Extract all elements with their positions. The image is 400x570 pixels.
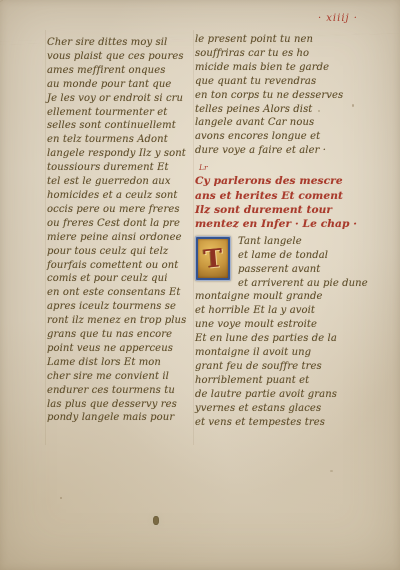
text-line: yvernes et estans glaces — [195, 402, 363, 416]
text-line: au monde pour tant que — [47, 78, 192, 92]
text-line: micide mais bien te garde — [195, 61, 363, 75]
illuminated-initial-letter: T — [203, 245, 224, 272]
text-line: ront ilz menez en trop plus — [47, 314, 192, 328]
text-line: grant feu de souffre tres — [195, 360, 363, 374]
parchment-stain — [60, 497, 62, 499]
text-line: ames meffirent onques — [47, 64, 192, 78]
parchment-stain — [352, 104, 354, 107]
text-line: Cher sire dittes moy sil — [47, 36, 192, 50]
text-line: que quant tu revendras — [195, 75, 363, 89]
rubric-line: ans et herites Et coment — [195, 189, 363, 203]
text-line: tel est le guerredon aux — [47, 175, 192, 189]
text-line: miere peine ainsi ordonee — [47, 231, 192, 245]
text-line: en telz tourmens Adont — [47, 133, 192, 147]
chapter-opening-paragraph: T Tant langele et lame de tondal passere… — [195, 235, 363, 430]
chapter-rubric: Cy parlerons des mescre ans et herites E… — [195, 174, 363, 232]
folio-number: · xiiij · — [318, 13, 358, 24]
text-line: occis pere ou mere freres — [47, 203, 192, 217]
left-text-column: Cher sire dittes moy sil vous plaist que… — [47, 36, 192, 425]
text-line: langele respondy Ilz y sont — [47, 147, 192, 161]
ruling-line-left — [45, 30, 46, 445]
text-line: montaigne moult grande — [195, 290, 363, 304]
text-line: souffriras car tu es ho — [195, 47, 363, 61]
text-line: las plus que desservy res — [47, 398, 192, 412]
rubric-line: Ilz sont durement tour — [195, 203, 363, 217]
text-line: ou freres Cest dont la pre — [47, 217, 192, 231]
text-line: et vens et tempestes tres — [195, 416, 363, 430]
text-line: grans que tu nas encore — [47, 328, 192, 342]
rubric-line: Cy parlerons des mescre — [195, 174, 363, 188]
text-line: fourfais comettent ou ont — [47, 259, 192, 273]
text-line: horriblement puant et — [195, 374, 363, 388]
text-line: point veus ne apperceus — [47, 342, 192, 356]
text-line: pondy langele mais pour — [47, 411, 192, 425]
rubric-guide-mark: Lr — [199, 163, 363, 172]
text-line: Lame dist lors Et mon — [47, 356, 192, 370]
parchment-hole — [153, 516, 159, 525]
text-line: Et en lune des parties de la — [195, 332, 363, 346]
text-line: montaigne il avoit ung — [195, 346, 363, 360]
text-line: selles sont continuellemt — [47, 119, 192, 133]
text-line: langele avant Car nous — [195, 116, 363, 130]
text-line: vous plaist que ces poures — [47, 50, 192, 64]
text-line: en ton corps tu ne desserves — [195, 89, 363, 103]
manuscript-page: · xiiij · Cher sire dittes moy sil vous … — [0, 0, 400, 570]
text-line: de lautre partie avoit grans — [195, 388, 363, 402]
text-line: endurer ces tourmens tu — [47, 384, 192, 398]
text-line: comis et pour ceulz qui — [47, 272, 192, 286]
right-column-top-text: le present point tu nen souffriras car t… — [195, 33, 363, 158]
text-line: cher sire me convient il — [47, 370, 192, 384]
right-text-column: le present point tu nen souffriras car t… — [195, 33, 363, 429]
rubric-line: mentez en Infer · Le chap · — [195, 217, 363, 231]
text-line: Je les voy or endroit si cru — [47, 92, 192, 106]
text-line: apres iceulz tourmens se — [47, 300, 192, 314]
text-line: homicides et a ceulz sont — [47, 189, 192, 203]
text-line: une voye moult estroite — [195, 318, 363, 332]
illuminated-initial: T — [195, 236, 231, 281]
illuminated-initial-ground: T — [198, 239, 228, 278]
text-line: avons encores longue et — [195, 130, 363, 144]
parchment-stain — [318, 110, 320, 112]
text-line: pour tous ceulz qui telz — [47, 245, 192, 259]
parchment-stain — [330, 470, 333, 472]
text-line: ellement tourmenter et — [47, 106, 192, 120]
text-line: telles peines Alors dist — [195, 103, 363, 117]
text-line: toussiours durement Et — [47, 161, 192, 175]
text-line: et horrible Et la y avoit — [195, 304, 363, 318]
text-line: en ont este consentans Et — [47, 286, 192, 300]
text-line: dure voye a faire et aler · — [195, 144, 363, 158]
text-line: le present point tu nen — [195, 33, 363, 47]
ruling-line-center — [193, 30, 194, 445]
